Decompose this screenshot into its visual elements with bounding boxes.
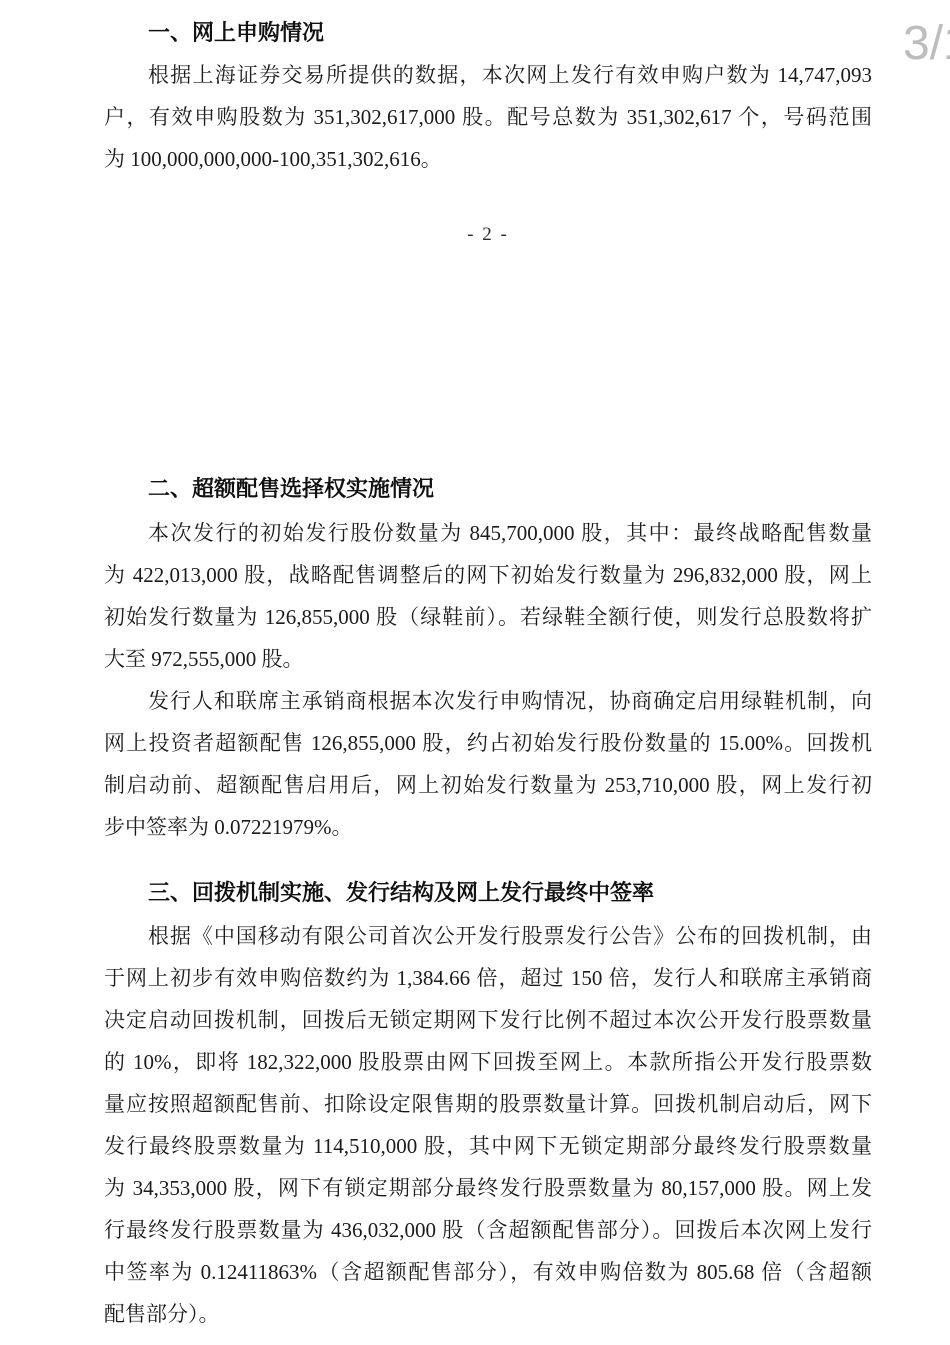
text-line: 为 34,353,000 股，网下有锁定期部分最终发行股票数量为 80,157,…: [104, 1167, 872, 1209]
text-line: 本次发行的初始发行股份数量为 845,700,000 股，其中：最终战略配售数量: [104, 512, 872, 554]
section1-paragraph-1: 根据上海证券交易所提供的数据，本次网上发行有效申购户数为 14,747,093户…: [104, 54, 872, 180]
text-line: 根据上海证券交易所提供的数据，本次网上发行有效申购户数为 14,747,093: [104, 54, 872, 96]
text-line: 制启动前、超额配售启用后，网上初始发行数量为 253,710,000 股，网上发…: [104, 764, 872, 806]
text-line: 大至 972,555,000 股。: [104, 638, 872, 680]
text-line: 发行人和联席主承销商根据本次发行申购情况，协商确定启用绿鞋机制，向: [104, 680, 872, 722]
text-line: 根据《中国移动有限公司首次公开发行股票发行公告》公布的回拨机制，由: [104, 915, 872, 957]
section3-heading: 三、回拨机制实施、发行结构及网上发行最终中签率: [148, 872, 872, 914]
text-line: 为 100,000,000,000-100,351,302,616。: [104, 138, 872, 180]
text-line: 步中签率为 0.07221979%。: [104, 806, 872, 848]
text-line: 于网上初步有效申购倍数约为 1,384.66 倍，超过 150 倍，发行人和联席…: [104, 957, 872, 999]
section2-heading: 二、超额配售选择权实施情况: [148, 468, 872, 510]
section2-paragraph-2: 发行人和联席主承销商根据本次发行申购情况，协商确定启用绿鞋机制，向网上投资者超额…: [104, 680, 872, 848]
text-line: 中签率为 0.12411863%（含超额配售部分），有效申购倍数为 805.68…: [104, 1251, 872, 1293]
text-line: 量应按照超额配售前、扣除设定限售期的股票数量计算。回拨机制启动后，网下: [104, 1083, 872, 1125]
text-line: 配售部分）。: [104, 1293, 872, 1335]
text-line: 为 422,013,000 股，战略配售调整后的网下初始发行数量为 296,83…: [104, 554, 872, 596]
page-indicator: 3/1: [903, 20, 950, 68]
section3-paragraph-1: 根据《中国移动有限公司首次公开发行股票发行公告》公布的回拨机制，由于网上初步有效…: [104, 915, 872, 1335]
text-line: 网上投资者超额配售 126,855,000 股，约占初始发行股份数量的 15.0…: [104, 722, 872, 764]
text-line: 初始发行数量为 126,855,000 股（绿鞋前）。若绿鞋全额行使，则发行总股…: [104, 596, 872, 638]
text-line: 行最终发行股票数量为 436,032,000 股（含超额配售部分）。回拨后本次网…: [104, 1209, 872, 1251]
text-line: 户，有效申购股数为 351,302,617,000 股。配号总数为 351,30…: [104, 96, 872, 138]
section2-paragraph-1: 本次发行的初始发行股份数量为 845,700,000 股，其中：最终战略配售数量…: [104, 512, 872, 680]
text-line: 发行最终股票数量为 114,510,000 股，其中网下无锁定期部分最终发行股票…: [104, 1125, 872, 1167]
document-page: 3/1 一、网上申购情况 根据上海证券交易所提供的数据，本次网上发行有效申购户数…: [0, 0, 950, 1345]
text-line: 决定启动回拨机制，回拨后无锁定期网下发行比例不超过本次公开发行股票数量: [104, 999, 872, 1041]
page-number-footer: - 2 -: [104, 222, 872, 248]
text-line: 的 10%，即将 182,322,000 股股票由网下回拨至网上。本款所指公开发…: [104, 1041, 872, 1083]
section1-heading: 一、网上申购情况: [148, 12, 872, 54]
